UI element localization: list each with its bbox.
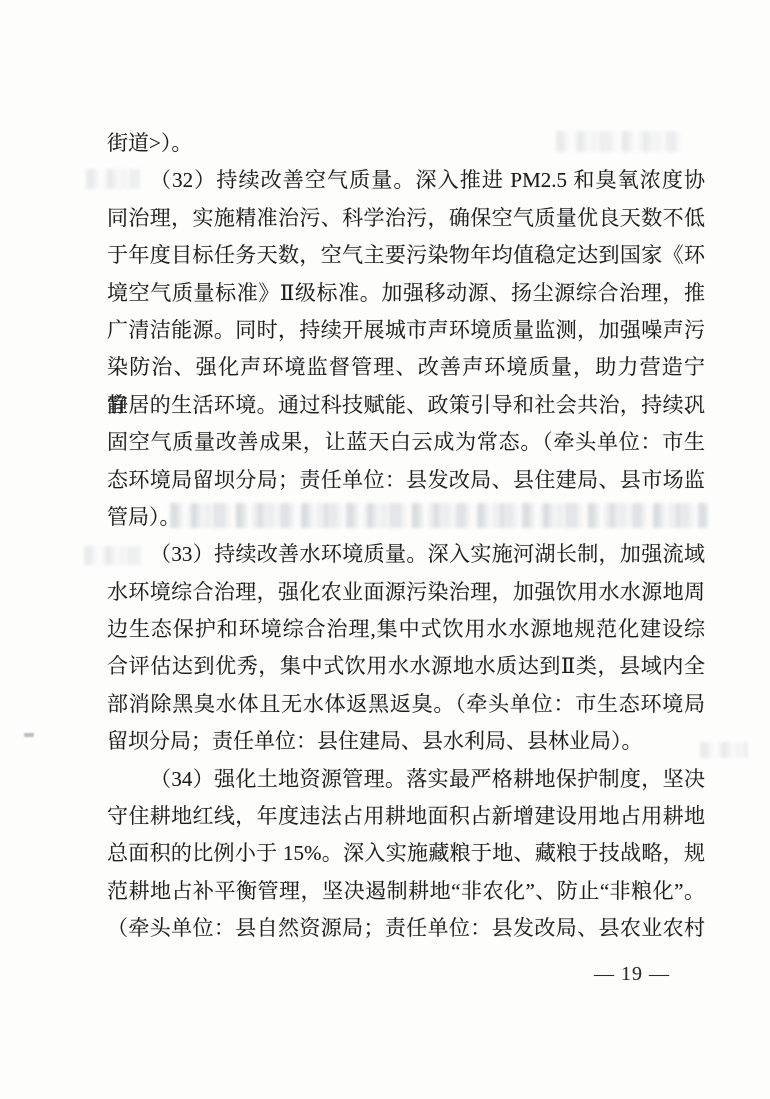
text-line: （牵头单位：县自然资源局；责任单位：县发改局、县农业农村 bbox=[107, 910, 705, 947]
text-line: 范耕地占补平衡管理，坚决遏制耕地“非农化”、防止“非粮化”。 bbox=[107, 873, 705, 910]
text-line: 街道>）。 bbox=[107, 125, 705, 162]
scan-bleedthrough-artifact bbox=[700, 742, 748, 758]
text-line: 态环境局留坝分局；责任单位：县发改局、县住建局、县市场监 bbox=[107, 462, 705, 499]
text-line: （34）强化土地资源管理。落实最严格耕地保护制度，坚决 bbox=[107, 761, 705, 798]
text-line: 固空气质量改善成果，让蓝天白云成为常态。（牵头单位：市生 bbox=[107, 424, 705, 461]
text-line: 部消除黑臭水体且无水体返黑返臭。（牵头单位：市生态环境局 bbox=[107, 686, 705, 723]
text-line: 境空气质量标准》Ⅱ级标准。加强移动源、扬尘源综合治理，推 bbox=[107, 275, 705, 312]
page-number: — 19 — bbox=[594, 961, 704, 987]
text-line: （33）持续改善水环境质量。深入实施河湖长制，加强流域 bbox=[107, 536, 705, 573]
scan-speck-artifact bbox=[24, 733, 34, 737]
text-line: （32）持续改善空气质量。深入推进 PM2.5 和臭氧浓度协 bbox=[107, 162, 705, 199]
text-line: 边生态保护和环境综合治理,集中式饮用水水源地规范化建设综 bbox=[107, 611, 705, 648]
text-line: 水环境综合治理，强化农业面源污染治理，加强饮用水水源地周 bbox=[107, 574, 705, 611]
text-line: 留坝分局；责任单位：县住建局、县水利局、县林业局）。 bbox=[107, 723, 705, 760]
text-line: 广清洁能源。同时，持续开展城市声环境质量监测，加强噪声污 bbox=[107, 312, 705, 349]
document-body: 街道>）。（32）持续改善空气质量。深入推进 PM2.5 和臭氧浓度协同治理，实… bbox=[107, 125, 705, 948]
text-line: 宜居的生活环境。通过科技赋能、政策引导和社会共治，持续巩 bbox=[107, 387, 705, 424]
document-page: 街道>）。（32）持续改善空气质量。深入推进 PM2.5 和臭氧浓度协同治理，实… bbox=[0, 0, 770, 1099]
text-line: 于年度目标任务天数，空气主要污染物年均值稳定达到国家《环 bbox=[107, 237, 705, 274]
text-line: 染防治、强化声环境监督管理、改善声环境质量，助力营造宁静、 bbox=[107, 349, 705, 386]
text-line: 同治理，实施精准治污、科学治污，确保空气质量优良天数不低 bbox=[107, 200, 705, 237]
text-line: 管局）。 bbox=[107, 499, 705, 536]
text-line: 合评估达到优秀，集中式饮用水水源地水质达到Ⅱ类，县域内全 bbox=[107, 648, 705, 685]
text-line: 总面积的比例小于 15%。深入实施藏粮于地、藏粮于技战略，规 bbox=[107, 835, 705, 872]
text-line: 守住耕地红线，年度违法占用耕地面积占新增建设用地占用耕地 bbox=[107, 798, 705, 835]
